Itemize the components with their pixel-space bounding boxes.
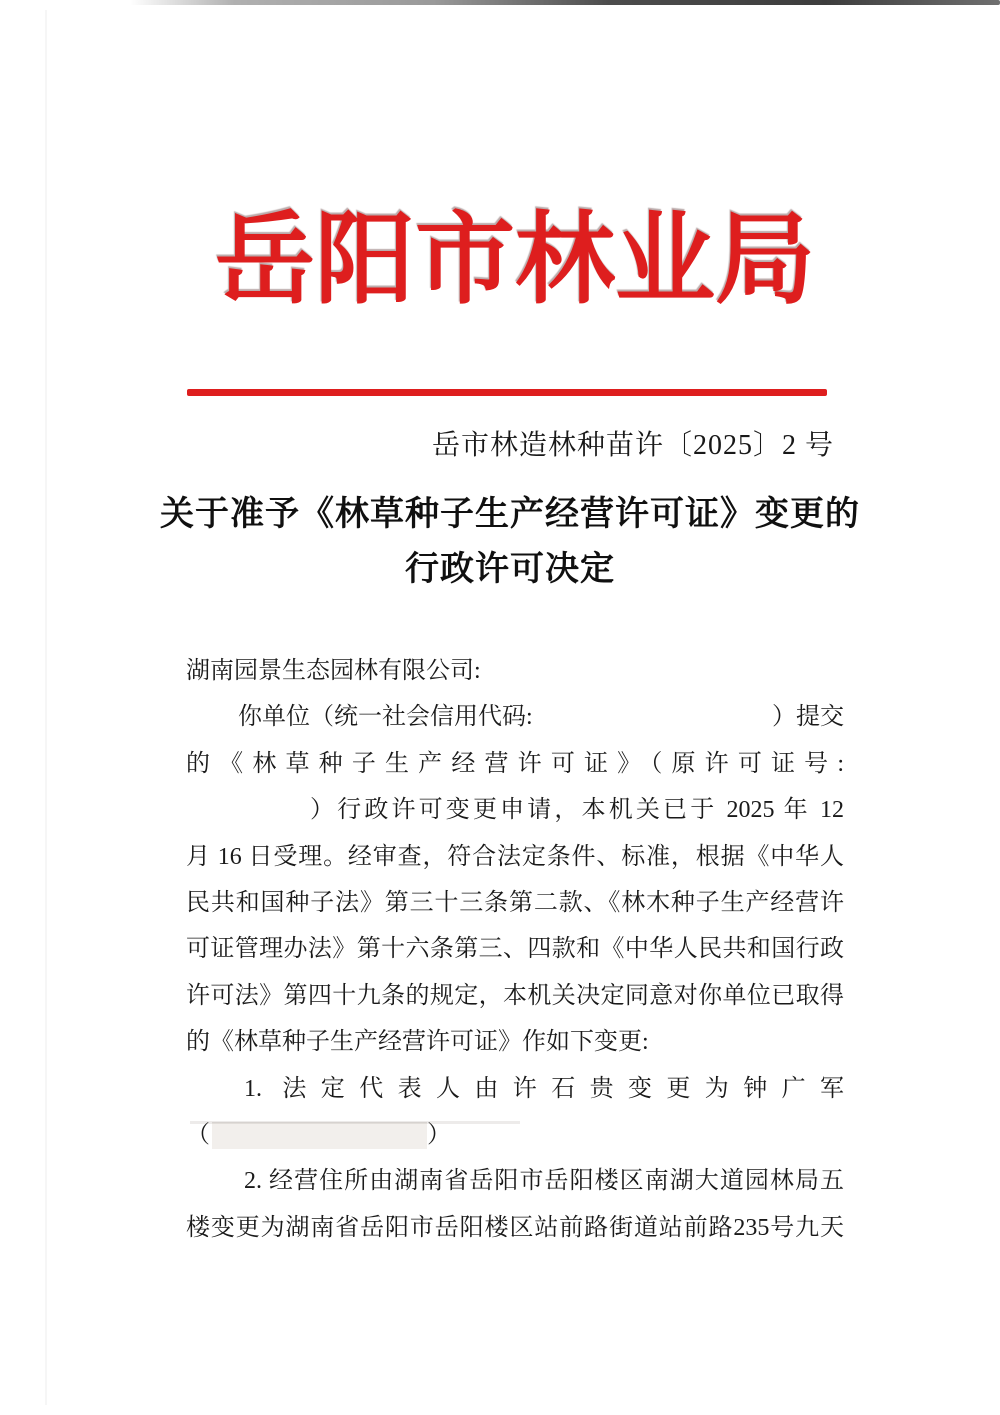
document-title: 关于准予《林草种子生产经营许可证》变更的 行政许可决定: [160, 487, 860, 597]
credit-code-label: 你单位（统一社会信用代码:: [186, 694, 533, 740]
paren-open: （: [186, 1112, 210, 1158]
change-item-1: 1. 法定代表人由许石贵变更为钟广军: [186, 1066, 844, 1112]
scanned-document-page: 岳阳市林业局 岳市林造林种苗许〔2025〕2 号 关于准予《林草种子生产经营许可…: [0, 0, 1000, 1415]
document-title-line-1: 关于准予《林草种子生产经营许可证》变更的: [160, 487, 860, 542]
document-number: 岳市林造林种苗许〔2025〕2 号: [186, 428, 834, 464]
document-body: 湖南园景生态园林有限公司: 你单位（统一社会信用代码: ）提交 的《林草种子生产…: [186, 648, 844, 1251]
letterhead-red-rule: [187, 389, 827, 396]
body-line-changes-intro: 的《林草种子生产经营许可证》作如下变更:: [186, 1019, 844, 1065]
salutation-line: 湖南园景生态园林有限公司:: [186, 648, 844, 694]
body-line-acceptance: 月 16 日受理。经审查，符合法定条件、标准，根据《中华人: [186, 834, 844, 880]
body-line-license-law: 许可法》第四十九条的规定，本机关决定同意对你单位已取得: [186, 973, 844, 1019]
body-line-license-no: 的《林草种子生产经营许可证》（原许可证号:: [186, 741, 844, 787]
change-item-2-line-1: 2. 经营住所由湖南省岳阳市岳阳楼区南湖大道园林局五: [186, 1158, 844, 1204]
letterhead-agency-title: 岳阳市林业局: [186, 188, 844, 333]
document-title-line-2: 行政许可决定: [160, 542, 860, 597]
body-line-credit-code: 你单位（统一社会信用代码: ）提交: [186, 694, 844, 740]
body-line-measures: 可证管理办法》第十六条第三、四款和《中华人民共和国行政: [186, 926, 844, 972]
body-line-application: ）行政许可变更申请，本机关已于 2025 年 12: [186, 787, 844, 833]
body-line-seed-law: 民共和国种子法》第三十三条第二款、《林木种子生产经营许: [186, 880, 844, 926]
paren-close: ）: [427, 1112, 451, 1158]
credit-code-close: ）提交: [772, 694, 844, 740]
change-item-2-line-2: 楼变更为湖南省岳阳市岳阳楼区站前路街道站前路235号九天: [186, 1205, 844, 1251]
redacted-id-area: [212, 1122, 427, 1149]
scan-artifact-top-edge: [130, 0, 1000, 5]
change-item-1-redacted-line: （ ）: [186, 1112, 844, 1158]
scan-artifact-left-edge: [45, 10, 47, 1405]
redaction-smudge: [190, 1121, 520, 1124]
